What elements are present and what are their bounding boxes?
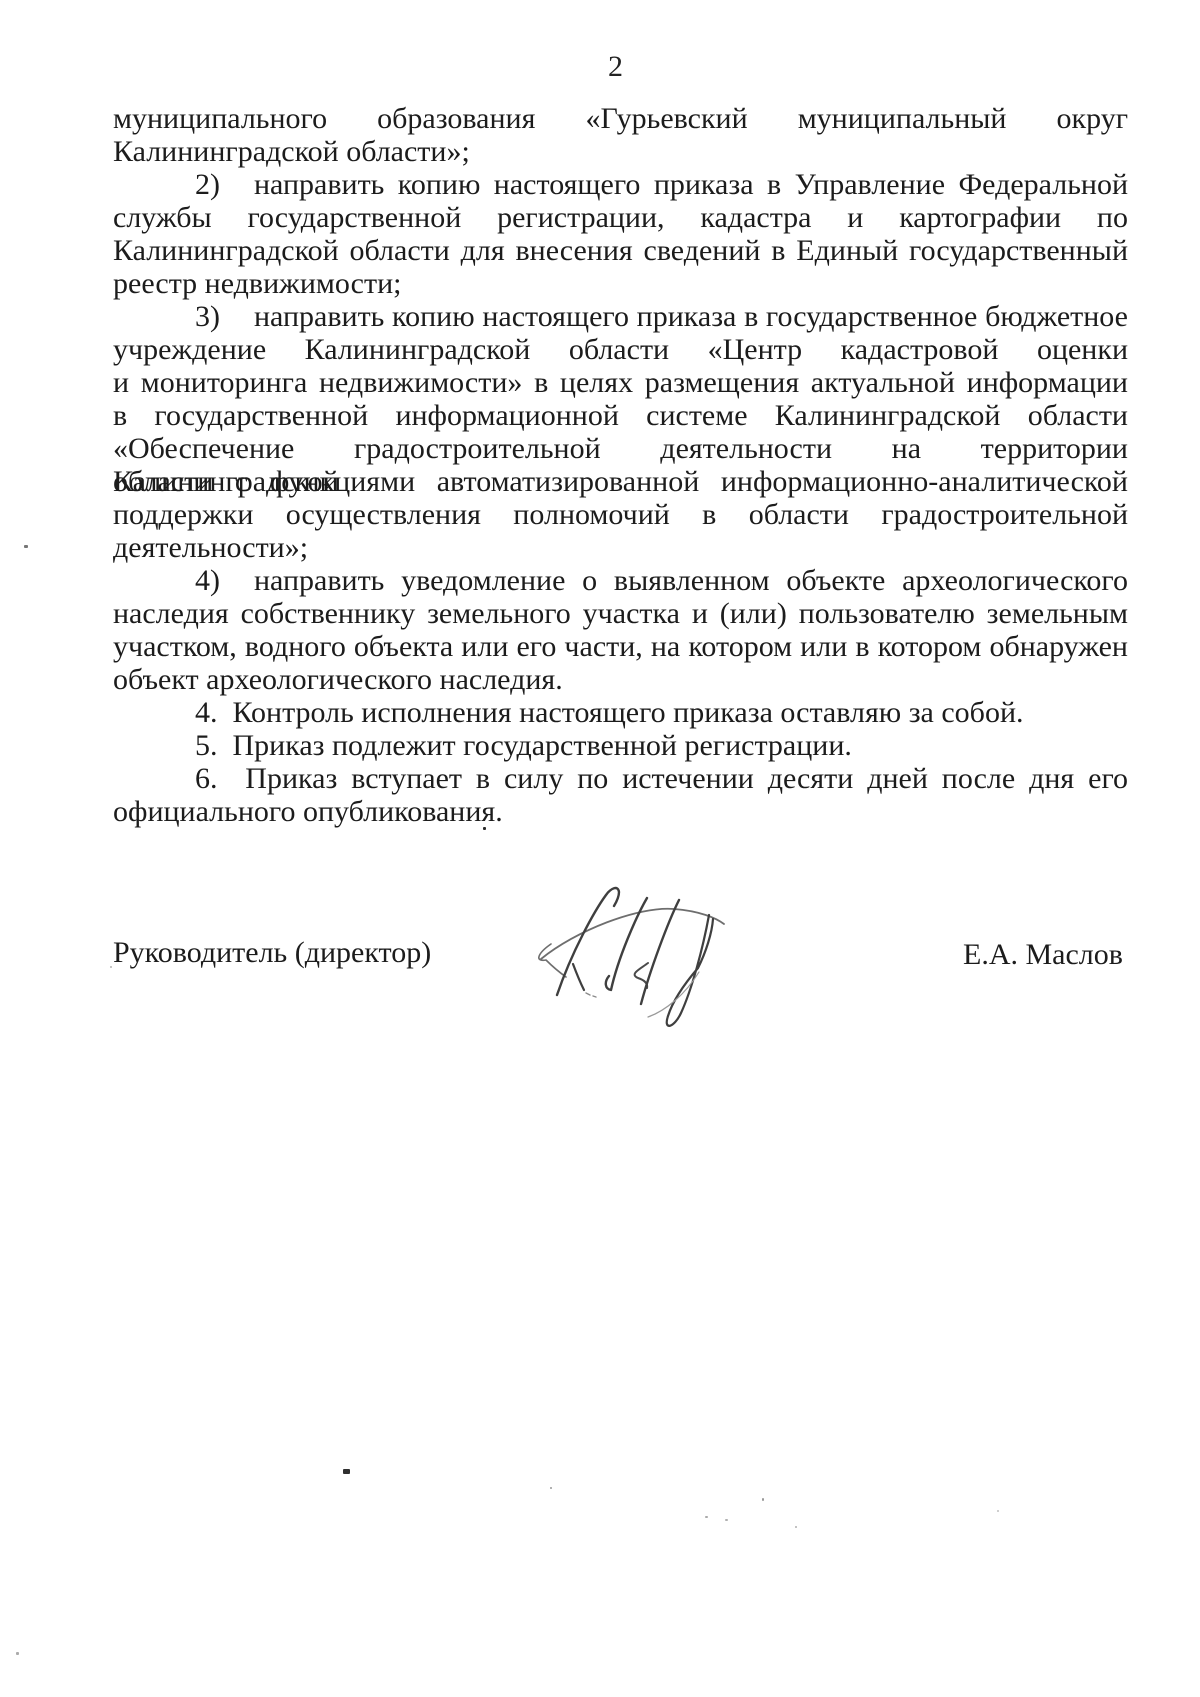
signature-stroke (541, 909, 724, 959)
text-line: деятельности»; (113, 531, 1128, 564)
signature-stroke (586, 993, 596, 997)
text-line: 6. Приказ вступает в силу по истечении д… (113, 762, 1128, 795)
scan-speck (795, 1526, 797, 1528)
text-line: Калининградской области для внесения све… (113, 234, 1128, 267)
scan-speck (705, 1516, 708, 1518)
page-number: 2 (608, 52, 623, 82)
signature-stroke (606, 898, 647, 990)
signatory-name: Е.А. Маслов (963, 938, 1123, 972)
text-line: наследия собственнику земельного участка… (113, 597, 1128, 630)
scan-speck (483, 827, 486, 830)
text-line: «Обеспечение градостроительной деятельно… (113, 432, 1128, 465)
document-page: 2 муниципального образования «Гурьевский… (0, 0, 1200, 1697)
tab-space (220, 589, 254, 590)
text-line: Калининградской области»; (113, 135, 1128, 168)
text-line: и мониторинга недвижимости» в целях разм… (113, 366, 1128, 399)
text-line: объект археологического наследия. (113, 663, 1128, 696)
text-line: 3)направить копию настоящего приказа в г… (113, 300, 1128, 333)
signature-stroke (539, 944, 566, 977)
text-line: муниципального образования «Гурьевский м… (113, 102, 1128, 135)
scan-speck (550, 1487, 552, 1489)
text-line: службы государственной регистрации, када… (113, 201, 1128, 234)
scan-speck (110, 966, 112, 968)
signatory-role-label: Руководитель (директор) (113, 936, 431, 970)
signature-stroke (573, 964, 584, 990)
scan-speck (762, 1498, 764, 1501)
text-block: муниципального образования «Гурьевский м… (113, 102, 1128, 828)
scan-speck (16, 1652, 19, 1655)
tab-space (220, 325, 254, 326)
tab-space (220, 193, 254, 194)
text-line: учреждение Калининградской области «Цент… (113, 333, 1128, 366)
text-line: 2)направить копию настоящего приказа в У… (113, 168, 1128, 201)
scan-speck (343, 1469, 350, 1474)
scan-speck (997, 1510, 999, 1512)
scan-speck (24, 545, 28, 548)
text-line: области с функциями автоматизированной и… (113, 465, 1128, 498)
text-line: 5. Приказ подлежит государственной регис… (113, 729, 1128, 762)
signature-stroke (667, 915, 713, 1026)
text-line: поддержки осуществления полномочий в обл… (113, 498, 1128, 531)
text-line: 4. Контроль исполнения настоящего приказ… (113, 696, 1128, 729)
text-line: 4)направить уведомление о выявленном объ… (113, 564, 1128, 597)
signature-image (500, 808, 755, 1043)
signature-stroke (648, 972, 699, 1017)
text-line: участком, водного объекта или его части,… (113, 630, 1128, 663)
scan-speck (725, 1519, 728, 1521)
text-line: реестр недвижимости; (113, 267, 1128, 300)
text-line: в государственной информационной системе… (113, 399, 1128, 432)
